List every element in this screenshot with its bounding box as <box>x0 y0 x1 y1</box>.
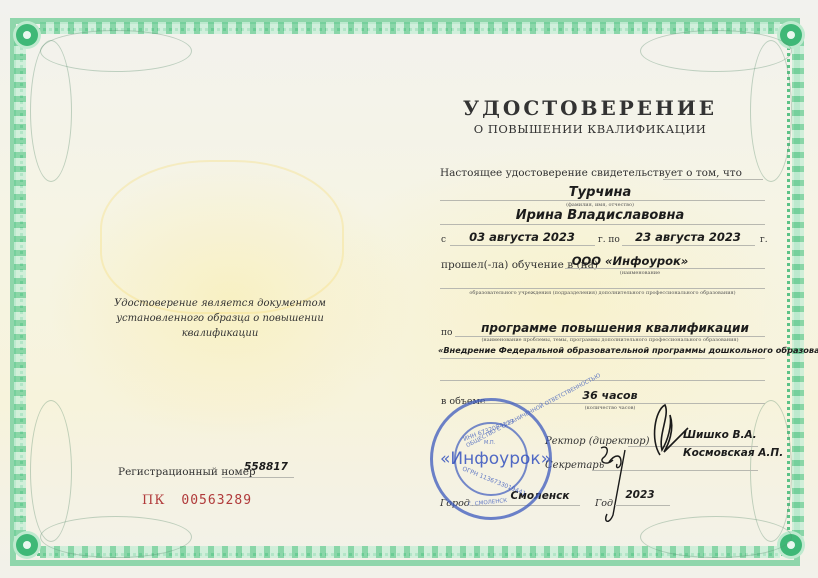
security-watermark <box>100 160 344 314</box>
validity-note-line2: установленного образца о повышении квали… <box>100 311 340 341</box>
document-subtitle: О ПОВЫШЕНИИ КВАЛИФИКАЦИИ <box>440 122 740 136</box>
date-to-value: 23 августа 2023 <box>622 230 754 244</box>
date-to-label: г. по <box>598 235 620 245</box>
org-caption-1: (наименование <box>600 270 680 276</box>
validity-note: Удостоверение является документом устано… <box>100 296 340 341</box>
frame-band-right <box>792 40 804 540</box>
underline <box>440 380 765 381</box>
underline <box>440 288 765 289</box>
guilloche-swirl <box>750 40 792 182</box>
underline <box>222 477 294 478</box>
registration-number-value: 558817 <box>240 461 292 473</box>
org-caption-2: образовательного учреждения (подразделен… <box>440 290 765 296</box>
secretary-signature <box>595 440 635 530</box>
frame-band-left <box>14 40 26 540</box>
underline <box>450 245 595 246</box>
serial-prefix: ПК <box>142 493 165 508</box>
stamp-center-text: «Инфоурок» <box>440 449 542 469</box>
year-label: Год <box>595 498 613 509</box>
certificate-sheet: УДОСТОВЕРЕНИЕ О ПОВЫШЕНИИ КВАЛИФИКАЦИИ Н… <box>0 0 818 578</box>
document-title: УДОСТОВЕРЕНИЕ <box>440 96 740 120</box>
rector-name: Шишко В.А. <box>683 429 763 441</box>
serial-digits: 00563289 <box>181 493 252 508</box>
date-from-prefix: с <box>441 235 446 245</box>
program-type-value: программе повышения квалификации <box>470 321 760 335</box>
program-caption: (наименование проблемы, темы, программы … <box>455 337 765 343</box>
date-from-value: 03 августа 2023 <box>452 230 592 244</box>
organization-value: ООО «Инфоурок» <box>560 254 700 268</box>
stamp-mp: М.П. <box>484 440 495 446</box>
given-names-value: Ирина Владиславовна <box>440 208 760 223</box>
rector-signature <box>640 400 690 460</box>
validity-note-line1: Удостоверение является документом <box>100 296 340 311</box>
underline <box>480 403 765 404</box>
by-label: по <box>441 328 452 338</box>
guilloche-swirl <box>30 400 72 542</box>
secretary-name: Космовская А.П. <box>683 447 783 459</box>
underline <box>615 505 670 506</box>
underline <box>440 224 765 225</box>
guilloche-swirl <box>30 40 72 182</box>
corner-rosette-icon <box>16 24 38 46</box>
underline <box>565 268 765 269</box>
guilloche-swirl <box>750 400 792 542</box>
program-name-value: «Внедрение Федеральной образовательной п… <box>438 345 768 355</box>
hours-caption: (количество часов) <box>580 405 640 411</box>
year-value: 2023 <box>615 489 665 501</box>
intro-text: Настоящее удостоверение свидетельствует … <box>440 167 742 179</box>
corner-rosette-icon <box>16 534 38 556</box>
serial-number: ПК00563289 <box>142 493 252 508</box>
underline <box>440 200 765 201</box>
surname-value: Турчина <box>440 185 760 200</box>
year-suffix: г. <box>760 235 768 245</box>
underline <box>663 179 763 180</box>
underline <box>622 245 755 246</box>
underline <box>440 358 765 359</box>
